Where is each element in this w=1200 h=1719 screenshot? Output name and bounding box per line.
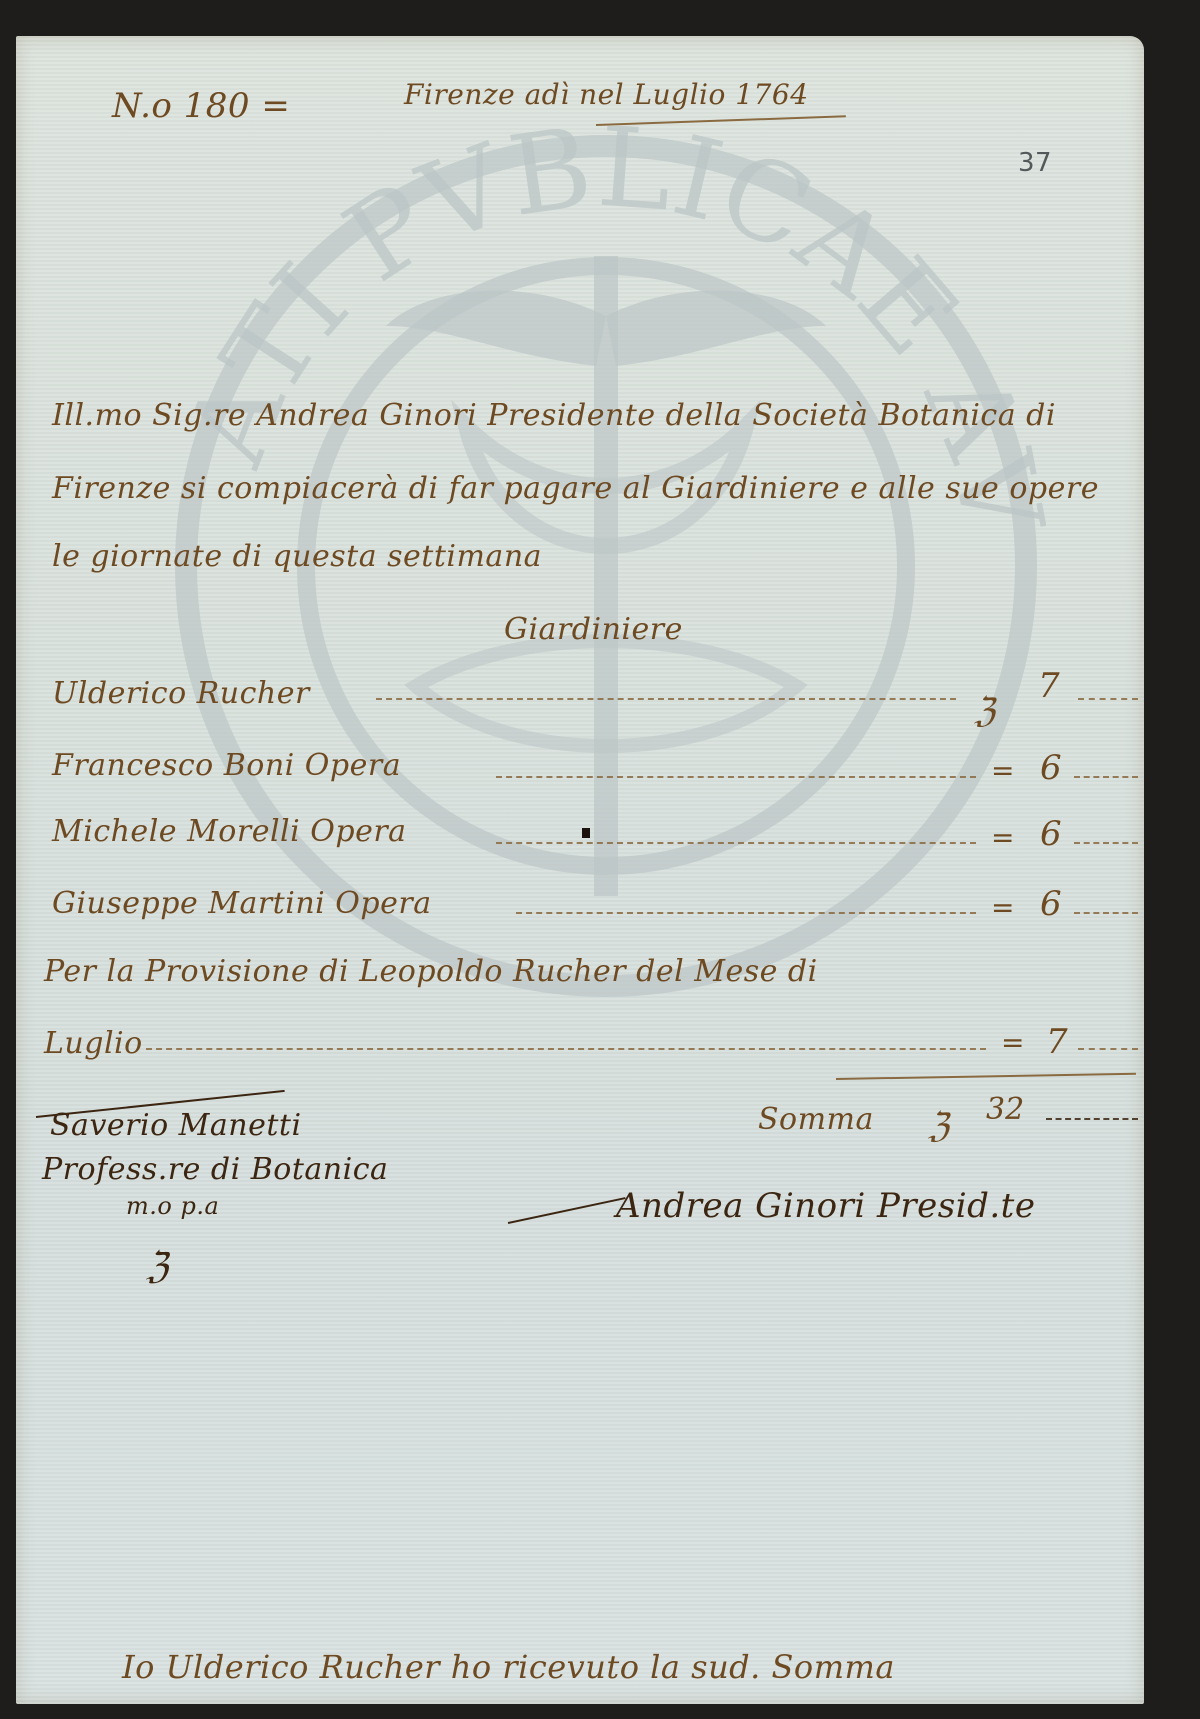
reference-number: N.o 180 = — [112, 86, 290, 126]
total-amount: 32 — [986, 1092, 1024, 1127]
entry-role: Opera — [305, 748, 401, 783]
currency-mark: = — [991, 754, 1014, 787]
entry-name: Giuseppe Martini Opera — [52, 886, 432, 921]
left-signature-title: Profess.re di Botanica — [42, 1152, 388, 1187]
date-underline — [596, 115, 846, 126]
leader-dashes — [146, 1048, 986, 1052]
trailing-dashes — [1074, 912, 1138, 916]
entry-role: Opera — [335, 886, 431, 921]
trailing-dashes — [1046, 1118, 1138, 1122]
currency-mark: = — [991, 891, 1014, 924]
currency-mark: ℨ — [974, 691, 995, 731]
trailing-dashes — [1078, 1048, 1138, 1052]
document-page: ATI PVBLICAE AVG N.o 180 = Firenze adì n… — [16, 36, 1144, 1704]
entry-person: Francesco Boni — [52, 748, 295, 783]
left-signature-name: Saverio Manetti — [50, 1108, 302, 1143]
signature-flourish — [508, 1197, 626, 1224]
leader-dashes — [496, 776, 976, 780]
entry-amount: 6 — [1040, 814, 1062, 854]
provision-line-1: Per la Provisione di Leopoldo Rucher del… — [44, 954, 818, 989]
entry-amount: 6 — [1040, 748, 1062, 788]
total-currency-mark: ℨ — [928, 1106, 949, 1146]
trailing-dashes — [1074, 842, 1138, 846]
currency-mark: = — [991, 821, 1014, 854]
entry-role: Opera — [310, 814, 406, 849]
trailing-dashes — [1078, 698, 1138, 702]
entry-amount: 7 — [1038, 666, 1060, 706]
entry-amount: 6 — [1040, 884, 1062, 924]
body-line-3: le giornate di questa settimana — [52, 539, 542, 574]
entry-person: Giuseppe Martini — [52, 886, 325, 921]
leader-dashes — [516, 912, 976, 916]
folio-number: 37 — [1018, 148, 1052, 178]
section-heading: Giardiniere — [504, 612, 683, 647]
leader-dashes — [376, 698, 956, 702]
salutation-line: Ill.mo Sig.re Andrea Ginori Presidente d… — [52, 398, 1056, 433]
total-rule — [836, 1073, 1136, 1080]
entry-person: Michele Morelli — [52, 814, 300, 849]
currency-mark: = — [1001, 1026, 1024, 1059]
provision-line-2: Luglio — [44, 1026, 143, 1061]
entry-name: Francesco Boni Opera — [52, 748, 401, 783]
left-signature-mark: ℨ — [146, 1246, 169, 1287]
entry-name: Michele Morelli Opera — [52, 814, 407, 849]
trailing-dashes — [1074, 776, 1138, 780]
entry-name: Ulderico Rucher — [52, 676, 310, 711]
ink-blot — [582, 828, 590, 838]
receipt-line: Io Ulderico Rucher ho ricevuto la sud. S… — [122, 1648, 895, 1686]
provision-amount: 7 — [1046, 1022, 1068, 1062]
total-label: Somma — [758, 1102, 874, 1137]
place-date: Firenze adì nel Luglio 1764 — [404, 78, 809, 111]
left-signature-abbrev: m.o p.a — [126, 1192, 219, 1220]
right-signature: Andrea Ginori Presid.te — [616, 1186, 1035, 1226]
leader-dashes — [496, 842, 976, 846]
body-line-2: Firenze si compiacerà di far pagare al G… — [52, 471, 1099, 506]
